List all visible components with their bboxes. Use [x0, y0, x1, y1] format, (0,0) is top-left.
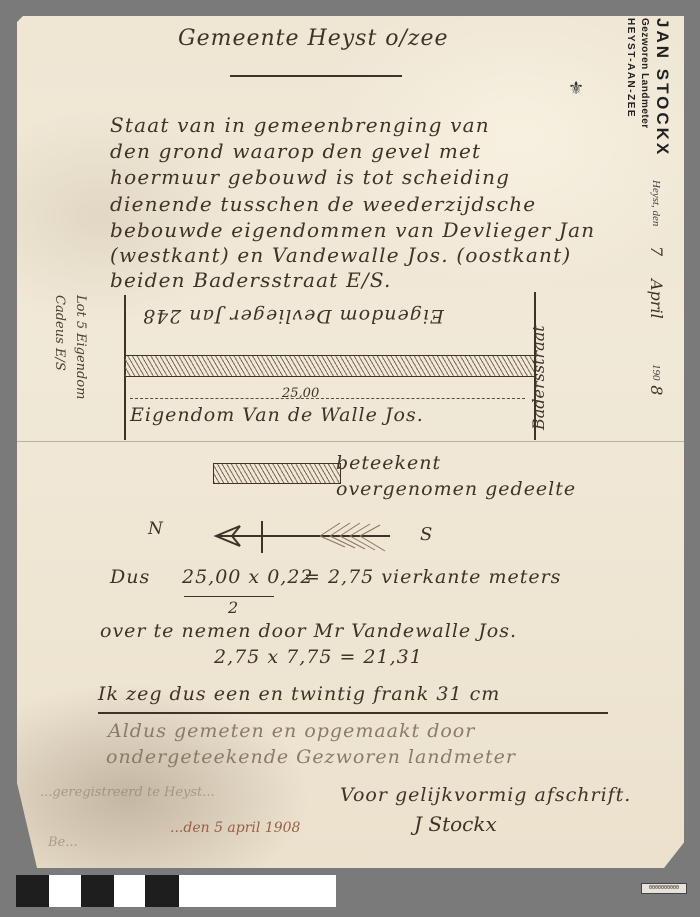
body-line: hoermuur gebouwd is tot scheiding [110, 165, 510, 189]
legend-line-1: beteekent [336, 452, 441, 474]
color-bar-black [16, 875, 49, 907]
plan-left-margin-note: Lot 5 Eigendom Cadeus E/S [46, 295, 88, 445]
color-bar-white [114, 875, 145, 907]
plan-dimension: 25,00 [282, 386, 319, 401]
letterhead-city: HEYST-AAN-ZEE [625, 18, 636, 118]
registration-line: ...geregistreerd te Heyst... [40, 785, 215, 800]
body-line: Staat van in gemeenbrenging van [110, 113, 490, 137]
body-line: den grond waarop den gevel met [110, 139, 481, 163]
compass-arrow-icon [210, 515, 400, 555]
scan-id-tag: 0000000000 [641, 883, 687, 894]
signature: J Stockx [414, 812, 497, 836]
registration-line: Be... [48, 835, 78, 850]
color-bar-black [145, 875, 179, 907]
calc-prefix: Dus [110, 566, 150, 588]
calc-line-3: 2,75 x 7,75 = 21,31 [214, 646, 423, 668]
calc-line-2: over te nemen door Mr Vandewalle Jos. [100, 620, 517, 642]
margin-note-line: Lot 5 [73, 295, 88, 329]
document-title: Gemeente Heyst o/zee [178, 26, 449, 51]
margin-note-line: E/S [52, 348, 67, 371]
compass-north-label: N [148, 519, 163, 539]
legend-line-2: overgenomen gedeelte [336, 478, 576, 500]
date-month: April [647, 279, 666, 319]
copy-note: Voor gelijkvormig afschrift. [340, 784, 631, 806]
margin-note-line: Cadeus [52, 295, 67, 344]
letterhead: JAN STOCKX Gezworen Landmeter HEYST-AAN-… [612, 18, 672, 158]
letterhead-profession: Gezworen Landmeter [639, 18, 650, 129]
title-underline [230, 75, 402, 77]
date-year-prefix: 190 [650, 364, 662, 381]
registration-line: ...den 5 april 1908 [170, 820, 300, 836]
plan-hatched-strip [125, 355, 534, 377]
color-bar-black [81, 875, 114, 907]
calc-result: = 2,75 vierkante meters [304, 566, 561, 588]
plan-street-label: Badersstraat [529, 300, 548, 430]
calc-denominator: 2 [228, 598, 239, 617]
summary-amount: Ik zeg dus een en twintig frank 31 cm [98, 683, 500, 705]
plan-south-owner: Eigendom Van de Walle Jos. [130, 404, 424, 426]
fraction-bar [184, 596, 274, 597]
body-line: bebouwde eigendommen van Devlieger Jan [110, 218, 595, 242]
date-line: Heyst, den 7 April 190 8 [647, 180, 666, 440]
fold-line [17, 441, 684, 442]
compass-south-label: S [420, 524, 432, 545]
calc-numerator: 25,00 x 0,22 [182, 566, 314, 588]
closing-line: ondergeteekende Gezworen landmeter [106, 746, 516, 768]
color-bar-white [179, 875, 336, 907]
closing-line: Aldus gemeten en opgemaakt door [108, 720, 475, 742]
date-year-suffix: 8 [647, 385, 666, 395]
body-line: (westkant) en Vandewalle Jos. (oostkant) [110, 243, 571, 267]
letterhead-name: JAN STOCKX [652, 18, 672, 157]
color-bar-white [49, 875, 81, 907]
date-printed-place: Heyst, den [650, 180, 662, 226]
date-day: 7 [647, 246, 666, 256]
dimension-line [130, 398, 525, 399]
fleur-de-lis-icon: ⚜ [568, 78, 584, 99]
plan-north-owner: Eigendom Devlieger Jan 248 [142, 305, 444, 327]
body-line: dienende tusschen de weederzijdsche [110, 192, 536, 216]
margin-note-line: Eigendom [73, 333, 88, 400]
legend-hatch-swatch [213, 463, 341, 484]
summary-underline [98, 712, 608, 714]
body-line: beiden Badersstraat E/S. [110, 268, 392, 292]
